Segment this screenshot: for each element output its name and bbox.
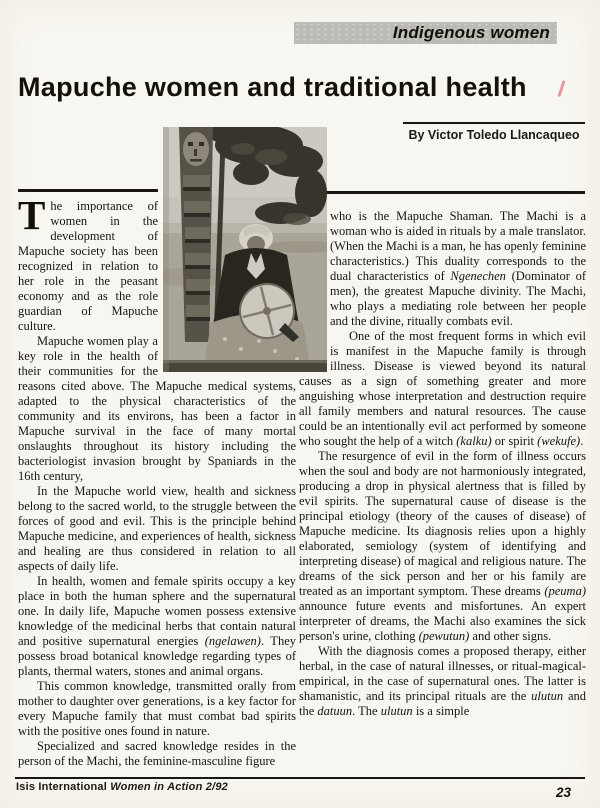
paragraph: In health, women and female spirits occu… — [18, 574, 296, 679]
paragraph: One of the most frequent forms in which … — [299, 329, 586, 449]
paragraph: The resurgence of evil in the form of il… — [299, 449, 586, 644]
right-column: who is the Mapuche Shaman. The Machi is … — [299, 209, 586, 719]
magazine-page: Indigenous women Mapuche women and tradi… — [0, 0, 600, 808]
left-column: The importance of women in the developme… — [18, 199, 296, 769]
section-band: Indigenous women — [294, 22, 557, 44]
footer-publication: Women in Action 2/92 — [110, 781, 228, 793]
right-column-rule — [327, 191, 585, 194]
footer-rule — [15, 777, 585, 779]
section-label: Indigenous women — [393, 23, 550, 43]
photo-wrap-spacer-right-column — [299, 209, 330, 361]
paragraph: In the Mapuche world view, health and si… — [18, 484, 296, 574]
footer-credit: Isis International Women in Action 2/92 — [16, 781, 228, 793]
page-number: 23 — [556, 785, 571, 800]
paragraph: Specialized and sacred knowledge resides… — [18, 739, 296, 769]
drop-cap: T — [18, 199, 50, 230]
paragraph: who is the Mapuche Shaman. The Machi is … — [299, 209, 586, 329]
byline: By Victor Toledo Llancaqueo — [403, 122, 585, 142]
paragraph: This common knowledge, transmitted orall… — [18, 679, 296, 739]
paragraph: With the diagnosis comes a proposed ther… — [299, 644, 586, 719]
photo-wrap-spacer-left-column — [158, 199, 296, 371]
article-title: Mapuche women and traditional health — [18, 72, 593, 103]
footer-publisher: Isis International — [16, 781, 110, 793]
